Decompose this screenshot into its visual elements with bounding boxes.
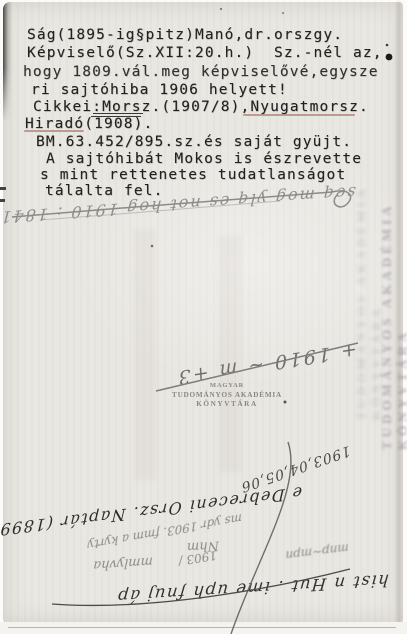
typed-line: hogy 1809.vál.meg képviselővé,egysze xyxy=(23,64,379,80)
typed-line: ri sajtóhiba 1906 helyett! xyxy=(31,82,288,98)
scan-edge-shadow xyxy=(3,2,12,122)
ink-note-bottom: hist n Hut . ime uph fnuj áp xyxy=(16,571,389,613)
annotation-line: s mint rettenetes tudatlanságot xyxy=(40,167,346,183)
bleedthrough-column xyxy=(134,230,156,480)
bleedthrough-text: TUDOMÁNYOS AKADÉMIA KÖNYVTÁRA xyxy=(354,160,384,420)
bleedthrough-column xyxy=(219,236,241,472)
card-bottom-edge-line xyxy=(8,627,396,628)
annotation-line: BM.63.452/895.sz.és saját gyüjt. xyxy=(36,134,352,150)
red-underline-hirado xyxy=(24,130,84,132)
card-bottom-edge xyxy=(0,622,407,634)
annotation-line: A sajtóhibát Mokos is észrevette xyxy=(46,151,362,167)
typed-line: Képviselő(Sz.XII:20.h.) Sz.-nél az, xyxy=(27,45,383,61)
bleedthrough-text: TUDOMÁNYOS AKADÉMIA KÖNYVTÁRA xyxy=(379,94,407,450)
paper-crease xyxy=(397,2,401,623)
red-underline-nyugatmorsz xyxy=(243,114,355,116)
ink-overline-1908 xyxy=(91,116,141,117)
scan-background: Ság(1895-ig§pitz)Manó,dr.orszgy. Képvise… xyxy=(0,0,407,634)
faint-pencil-note: mnp~mpn xyxy=(265,541,349,565)
typed-line: Ság(1895-ig§pitz)Manó,dr.orszgy. xyxy=(27,27,343,43)
index-card: Ság(1895-ig§pitz)Manó,dr.orszgy. Képvise… xyxy=(3,2,403,623)
typed-line: Cikkei:Morsz.(1907/8),Nyugatmorsz. xyxy=(33,99,369,115)
ink-underline-morsz xyxy=(93,113,143,114)
faint-pencil-note: mmlyvha xyxy=(21,553,153,577)
